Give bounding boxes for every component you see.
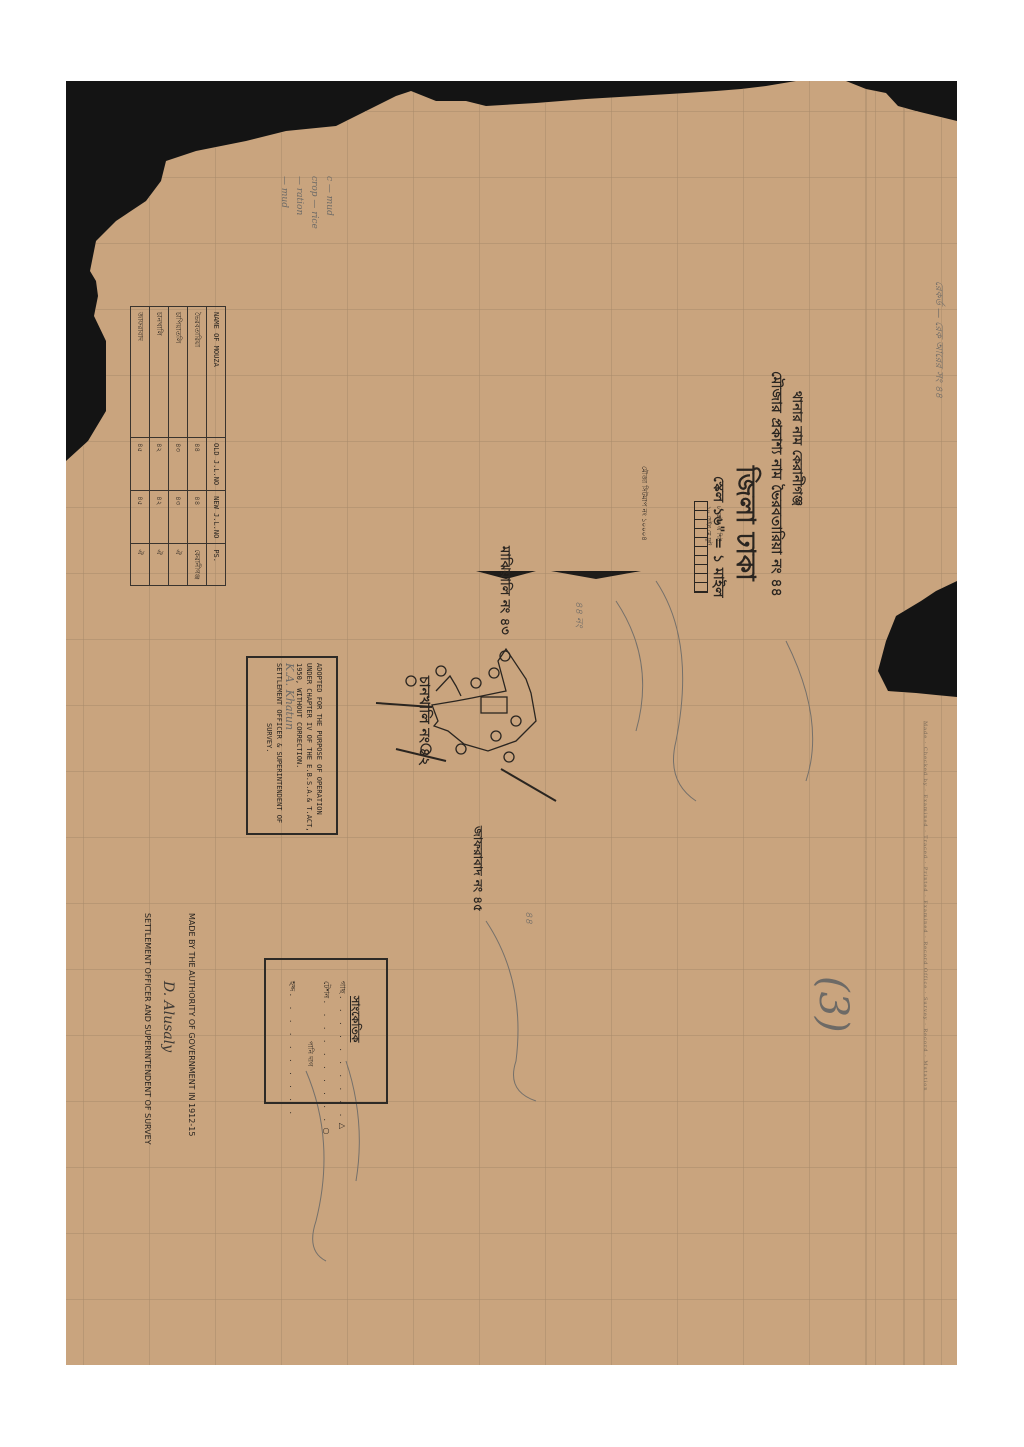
mouza-title: মৌজার প্রকাশ্য নাম ভৈরবতারিয়া নং ৪৪ — [764, 371, 788, 597]
settlement-officer: SETTLEMENT OFFICER AND SUPERINTENDENT OF… — [143, 913, 152, 1145]
col-old-jl: OLD J.L.NO — [207, 438, 226, 491]
table-row: জাফরাবাদ৪৫৪৫ঐ — [131, 307, 150, 586]
made-by-authority: MADE BY THE AUTHORITY OF GOVERNMENT IN 1… — [187, 913, 196, 1136]
sheet-number-pencil: (3) — [810, 976, 856, 1033]
adjacent-mouza-south: জাফরাবাদ নং ৪৫ — [466, 826, 486, 912]
top-left-pencil-notes: c — mud crop — rice — ration — mud — [276, 176, 336, 229]
map-paper — [66, 81, 957, 1365]
table-row: চানখালি৪২৪২ঐ — [150, 307, 169, 586]
plot-number-pencil-2: ৪৪ — [519, 911, 536, 924]
legend-item-station: টেশন . . . . . . . . . . ○ — [319, 981, 332, 1135]
circle-icon: ○ — [322, 1128, 331, 1135]
legend-item-tree: গাছ . . . . . . . . . . △ — [335, 981, 348, 1129]
mouza-table: NAME OF MOUZA OLD J.L.NO NEW J.L.NO PS. … — [130, 306, 226, 586]
margin-pencil-note: রেকর্ড — রেক আরের সং ৪৪ — [929, 281, 946, 398]
table-row: ভৈরবতারিয়া৪৪৪৪কেরানীগঞ্জ — [188, 307, 207, 586]
legend-item-boundary: হদ্দ . . . . . . . . . . — [285, 981, 298, 1118]
table-row: চাপিয়াতলি৪৩৪৩ঐ — [169, 307, 188, 586]
adjacent-mouza-north: মাঝিয়ালি নং ৪৩ — [493, 546, 514, 635]
col-name-of-mouza: NAME OF MOUZA — [207, 307, 226, 438]
adopted-stamp-text: ADOPTED FOR THE PURPOSE OF OPERATION UND… — [264, 663, 324, 832]
scale-bar-label-2: ৮ চেইন এ শিট — [713, 506, 724, 541]
margin-table: Made · Checked by · Examined · Traced · … — [922, 721, 928, 1092]
scanned-map-frame: থানার নাম কেরানীগঞ্জ মৌজার প্রকাশ্য নাম … — [66, 81, 957, 1365]
col-ps: PS. — [207, 544, 226, 585]
authority-signature: D. Alusaly — [160, 981, 176, 1052]
thana-name: থানার নাম কেরানীগঞ্জ — [785, 391, 806, 506]
col-new-jl: NEW J.L.NO — [207, 491, 226, 544]
plot-number-pencil: ৪৪ নং — [569, 601, 586, 627]
adjacent-mouza-west: চানখালি নং ৪২ — [412, 676, 436, 766]
sheet-number: মৌজা সিটমাপ নং ১০০০৪ — [638, 466, 650, 541]
triangle-icon: △ — [338, 1123, 347, 1129]
legend-note: পানি দাগ — [304, 1041, 316, 1066]
adopted-signature: K.A. Khatun — [284, 663, 294, 832]
